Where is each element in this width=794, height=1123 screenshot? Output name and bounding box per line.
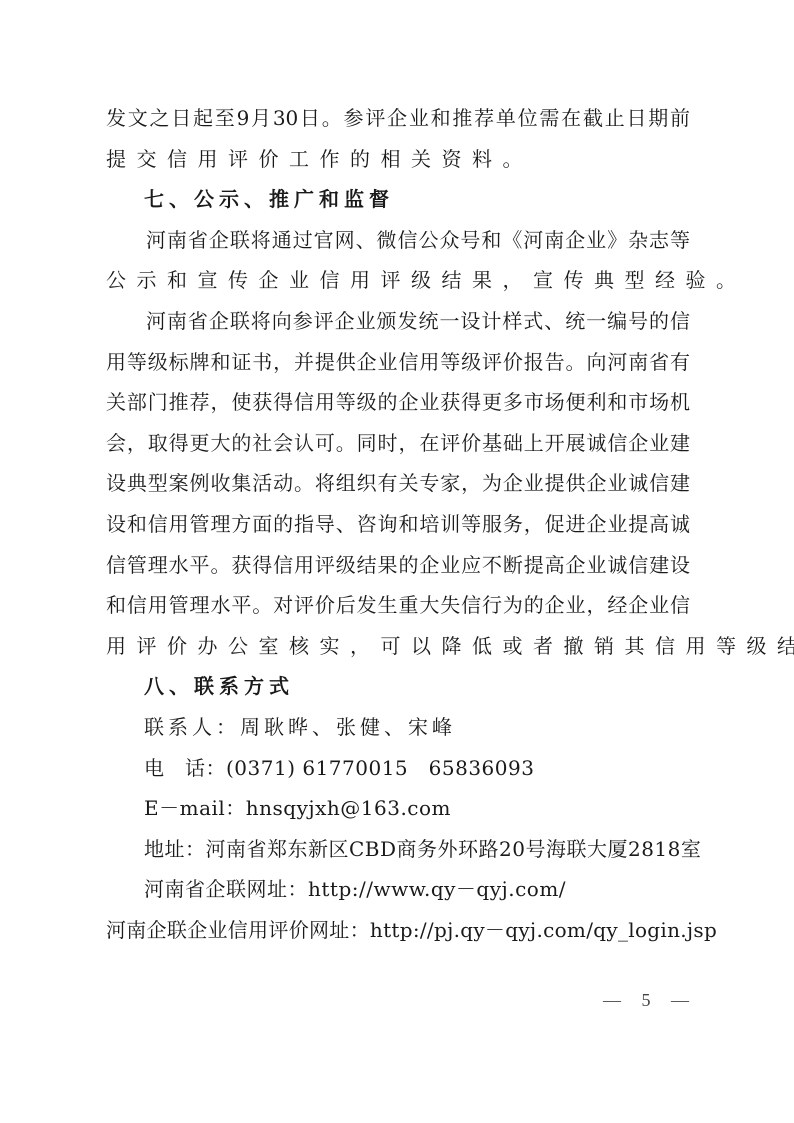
paragraph-line: 会，取得更大的社会认可。同时，在评价基础上开展诚信企业建 (106, 423, 690, 464)
section-heading-publicity: 七、公示、推广和监督 (106, 179, 690, 220)
contact-address: 地址：河南省郑东新区CBD商务外环路20号海联大厦2818室 (106, 829, 690, 870)
paragraph-line: 提交信用评价工作的相关资料。 (106, 139, 690, 180)
contact-phone: 电 话：(0371) 61770015 65836093 (106, 748, 690, 789)
contact-website: 河南省企联网址：http://www.qy－qyj.com/ (106, 869, 690, 910)
paragraph-line: 公示和宣传企业信用评级结果，宣传典型经验。 (106, 260, 690, 301)
contact-email: E－mail：hnsqyjxh@163.com (106, 788, 690, 829)
paragraph-line: 关部门推荐，使获得信用等级的企业获得更多市场便利和市场机 (106, 382, 690, 423)
page-number: — 5 — (600, 990, 700, 1011)
paragraph-line: 和信用管理水平。对评价后发生重大失信行为的企业，经企业信 (106, 585, 690, 626)
paragraph-line: 发文之日起至9月30日。参评企业和推荐单位需在截止日期前 (106, 98, 690, 139)
paragraph-line: 设典型案例收集活动。将组织有关专家，为企业提供企业诚信建 (106, 463, 690, 504)
paragraph-line: 信管理水平。获得信用评级结果的企业应不断提高企业诚信建设 (106, 545, 690, 586)
paragraph-line: 河南省企联将向参评企业颁发统一设计样式、统一编号的信 (106, 301, 690, 342)
paragraph-line: 设和信用管理方面的指导、咨询和培训等服务，促进企业提高诚 (106, 504, 690, 545)
contact-people: 联系人：周耿晔、张健、宋峰 (106, 707, 690, 748)
paragraph-line: 用评价办公室核实，可以降低或者撤销其信用等级结果。 (106, 626, 690, 667)
document-page: 发文之日起至9月30日。参评企业和推荐单位需在截止日期前 提交信用评价工作的相关… (106, 98, 690, 950)
paragraph-line: 河南省企联将通过官网、微信公众号和《河南企业》杂志等 (106, 220, 690, 261)
section-heading-contact: 八、联系方式 (106, 666, 690, 707)
contact-credit-site: 河南企联企业信用评价网址：http://pj.qy－qyj.com/qy_log… (106, 910, 690, 951)
paragraph-line: 用等级标牌和证书，并提供企业信用等级评价报告。向河南省有 (106, 342, 690, 383)
